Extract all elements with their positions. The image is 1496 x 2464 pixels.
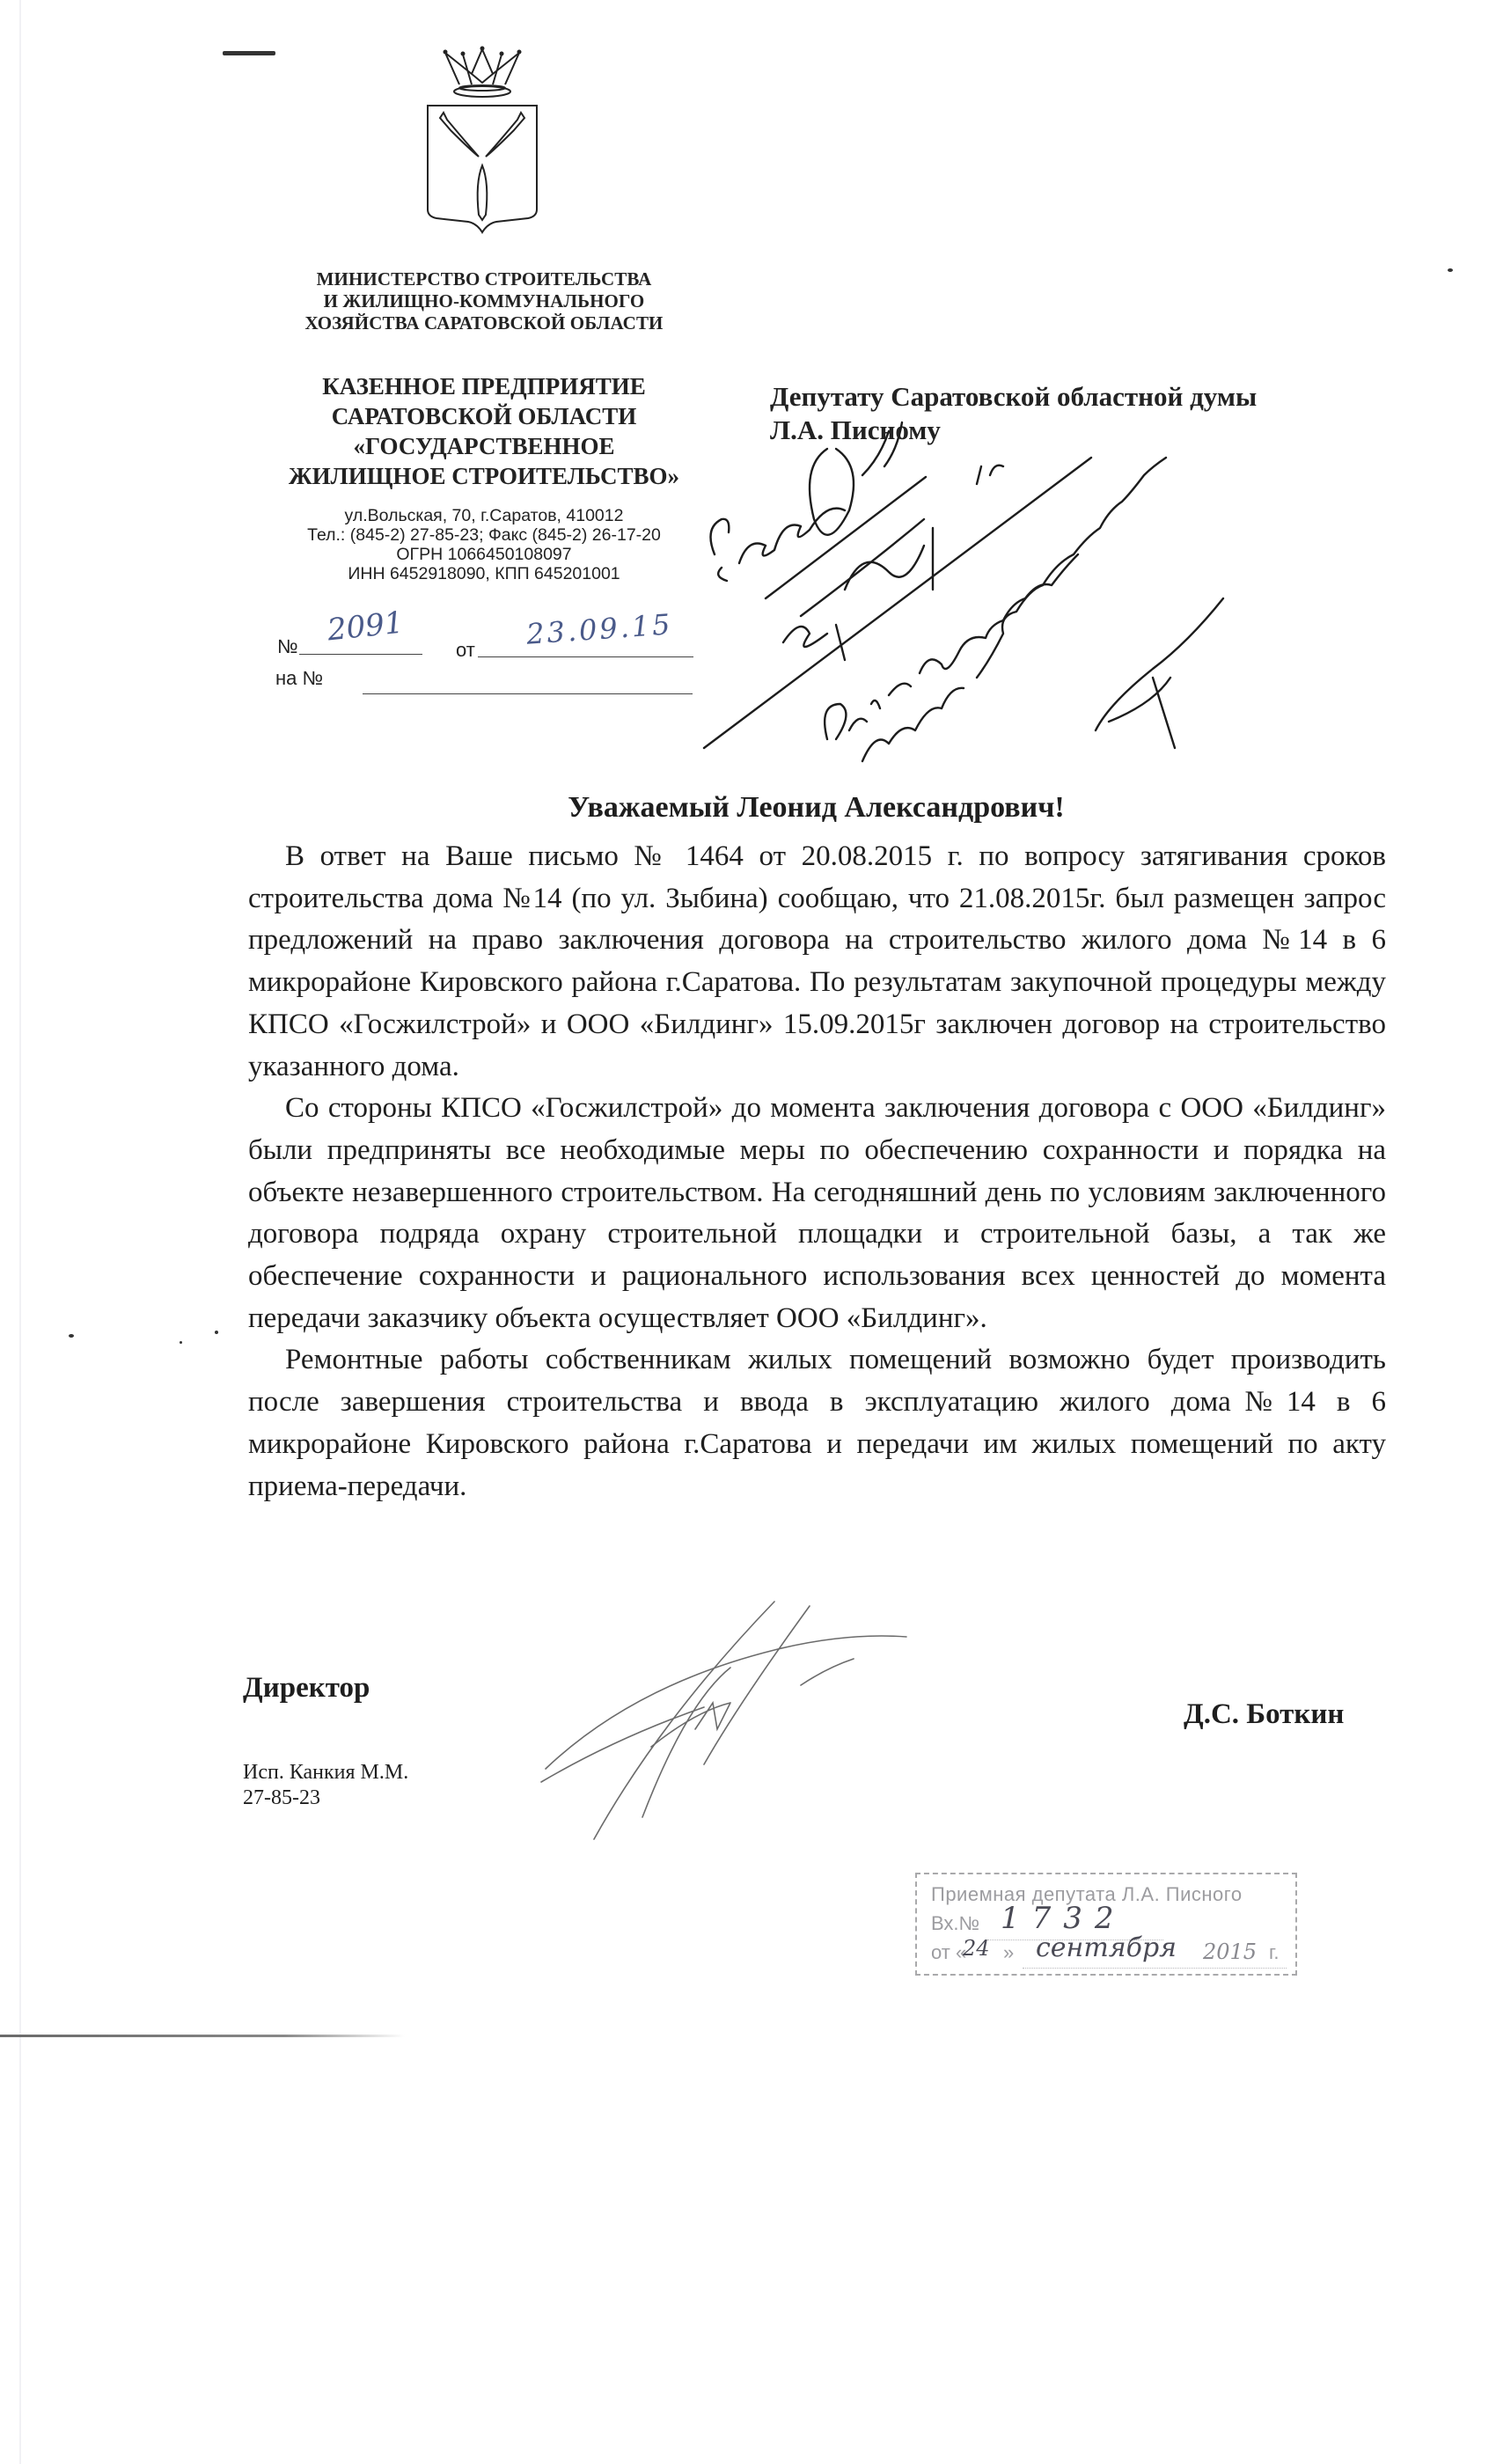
- enterprise-line: «ГОСУДАРСТВЕННОЕ: [246, 431, 722, 461]
- outgoing-date-field: [478, 656, 693, 657]
- reference-number-field: [363, 693, 693, 694]
- stamp-day: 24: [963, 1936, 990, 1961]
- ministry-line: И ЖИЛИЩНО-КОММУНАЛЬНОГО: [264, 290, 704, 312]
- outgoing-number-field: [299, 654, 422, 655]
- inn-kpp: ИНН 6452918090, КПП 645201001: [255, 564, 713, 583]
- body-paragraph: Со стороны КПСО «Госжилстрой» до момента…: [248, 1088, 1386, 1339]
- addressee-position: Депутату Саратовской областной думы: [770, 380, 1404, 414]
- phone-fax: Тел.: (845-2) 27-85-23; Факс (845-2) 26-…: [255, 525, 713, 545]
- saratov-coat-of-arms-icon: [421, 42, 544, 236]
- letter-body: В ответ на Ваше письмо № 1464 от 20.08.2…: [248, 836, 1386, 1507]
- body-paragraph: В ответ на Ваше письмо № 1464 от 20.08.2…: [248, 836, 1386, 1088]
- outgoing-date-label: от: [456, 639, 475, 662]
- executor-info: Исп. Канкия М.М. 27-85-23: [243, 1760, 408, 1811]
- executor-name: Исп. Канкия М.М.: [243, 1760, 408, 1786]
- outgoing-date-value: 23.09.15: [525, 607, 674, 651]
- reception-stamp: Приемная депутата Л.А. Писного Вх.№ 1732…: [915, 1873, 1297, 1976]
- stamp-date-suffix: г.: [1269, 1941, 1279, 1964]
- signatory-title: Директор: [243, 1672, 370, 1705]
- stamp-date-mid: »: [1003, 1941, 1014, 1964]
- scan-edge: [19, 0, 21, 2464]
- scan-edge-line: [0, 2035, 405, 2037]
- stamp-year: 2015: [1203, 1940, 1257, 1964]
- body-paragraph: Ремонтные работы собственникам жилых пом…: [248, 1339, 1386, 1507]
- scan-speck: [69, 1334, 74, 1338]
- enterprise-line: ЖИЛИЩНОЕ СТРОИТЕЛЬСТВО»: [246, 461, 722, 491]
- reference-number-label: на №: [275, 667, 323, 690]
- outgoing-number-label: №: [277, 635, 298, 658]
- stamp-field-line: [1023, 1968, 1287, 1969]
- address: ул.Вольская, 70, г.Саратов, 410012: [255, 506, 713, 525]
- enterprise-line: КАЗЕННОЕ ПРЕДПРИЯТИЕ: [246, 371, 722, 401]
- scan-speck: [1448, 268, 1453, 272]
- executor-phone: 27-85-23: [243, 1786, 408, 1811]
- ministry-header: МИНИСТЕРСТВО СТРОИТЕЛЬСТВА И ЖИЛИЩНО-КОМ…: [264, 268, 704, 334]
- scan-speck: [215, 1331, 218, 1334]
- scan-mark: [223, 51, 275, 55]
- outgoing-number-value: 2091: [326, 605, 405, 649]
- director-signature-icon: [510, 1597, 968, 1861]
- company-requisites: ул.Вольская, 70, г.Саратов, 410012 Тел.:…: [255, 506, 713, 583]
- enterprise-line: САРАТОВСКОЙ ОБЛАСТИ: [246, 401, 722, 431]
- stamp-in-number: 1732: [1001, 1901, 1126, 1936]
- signatory-name: Д.С. Боткин: [1184, 1698, 1344, 1731]
- letter-greeting: Уважаемый Леонид Александрович!: [246, 790, 1386, 825]
- handwritten-resolution-icon: [695, 414, 1276, 766]
- stamp-month: сентября: [1036, 1932, 1177, 1963]
- enterprise-name: КАЗЕННОЕ ПРЕДПРИЯТИЕ САРАТОВСКОЙ ОБЛАСТИ…: [246, 371, 722, 491]
- ministry-line: МИНИСТЕРСТВО СТРОИТЕЛЬСТВА: [264, 268, 704, 290]
- stamp-date-prefix: от «: [931, 1941, 966, 1964]
- ministry-line: ХОЗЯЙСТВА САРАТОВСКОЙ ОБЛАСТИ: [264, 312, 704, 334]
- stamp-in-label: Вх.№: [931, 1912, 979, 1935]
- ogrn: ОГРН 1066450108097: [255, 545, 713, 564]
- letter-page: МИНИСТЕРСТВО СТРОИТЕЛЬСТВА И ЖИЛИЩНО-КОМ…: [0, 0, 1496, 2464]
- scan-speck: [180, 1341, 182, 1344]
